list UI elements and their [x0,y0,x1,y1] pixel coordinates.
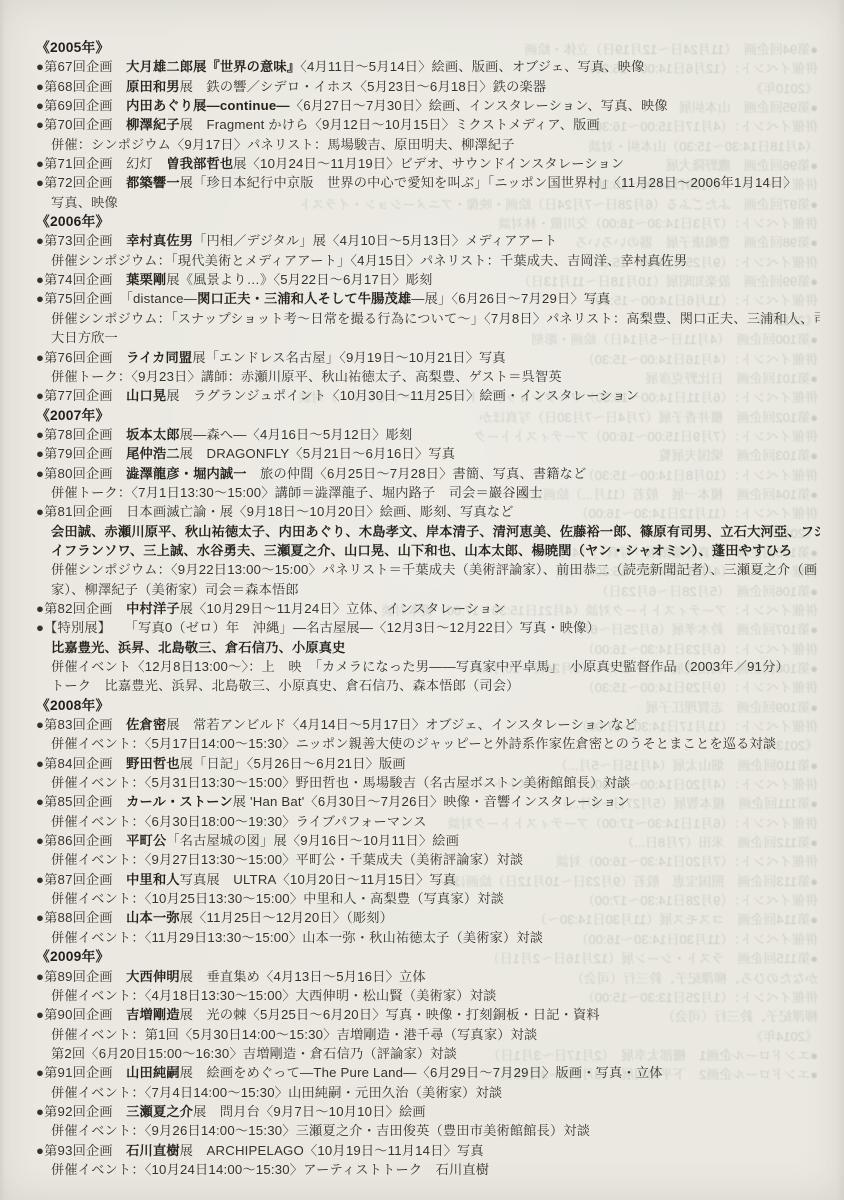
line-text: 展 Fragment かけら〈9月12日～10月15日〉ミクストメディア、版画 [180,117,600,132]
line-text: 《2007年》 [36,408,109,423]
artist-name: 尾仲浩二 [126,446,180,461]
line-text: ●第70回企画 [36,117,126,132]
line-text: ●第84回企画 [36,756,126,771]
event-line: 併催イベント：第1回〈5月30日14:00～15:30〉吉増剛造・港千尋（写真家… [36,1025,820,1044]
line-text: 併催イベント：〈5月17日14:00～15:30〉ニッポン親善大使のジャッピーと… [51,736,776,751]
exhibition-item: ●【特別展】 「写真0（ゼロ）年 沖縄」―名古屋展―〈12月3日～12月22日〉… [36,618,820,637]
exhibition-item: ●第89回企画 大西伸明展 垂直集め〈4月13日～5月16日〉立体 [36,967,820,986]
line-text: 併催イベント：〈10月24日14:00～15:30〉アーティストトーク 石川直樹 [51,1162,489,1177]
exhibition-item: ●第74回企画 葉栗剛展《風景より…》〈5月22日～6月17日〉彫刻 [36,270,820,289]
line-text: 展〈10月24日～11月19日〉ビデオ、サウンドインスタレーション [233,156,624,171]
line-text: 展 鉄の響／シデロ・イホス〈5月23日～6月18日〉鉄の楽器 [180,79,547,94]
line-text: ●第91回企画 [36,1065,126,1080]
line-text: 展 垂直集め〈4月13日～5月16日〉立体 [180,969,426,984]
line-text: 併催イベント：〈11月29日13:30～15:00〉山本一弥・秋山祐徳太子（美術… [51,930,543,945]
year-heading: 《2008年》 [36,696,820,715]
exhibition-item: ●第93回企画 石川直樹展 ARCHIPELAGO〈10月19日～11月14日〉… [36,1141,820,1160]
artist-name: 葉栗剛 [126,272,166,287]
line-text: 展〈10月29日～11月24日〉立体、インスタレーション [180,601,506,616]
exhibition-item: ●第80回企画 澁澤龍彦・堀内誠一 旅の仲間〈6月25日～7月28日〉書簡、写真… [36,464,820,483]
line-text: 家）、柳澤紀子（美術家）司会＝森本悟郎 [51,582,299,597]
year-heading: 《2007年》 [36,406,820,425]
line-text: ―展」〈6月26日～7月29日〉写真 [411,291,610,306]
exhibition-item: ●第73回企画 幸村真佐男「円相／デジタル」展〈4月10日～5月13日〉メディア… [36,231,820,250]
event-line: 併催イベント：〈4月18日13:30～15:00〉大西伸明・松山賢（美術家）対談 [36,986,820,1005]
exhibition-item: ●第72回企画 都築響一展「珍日本紀行中京版 世界の中心で愛知を叫ぶ」「ニッポン… [36,173,820,192]
line-text: 「円相／デジタル」展〈4月10日～5月13日〉メディアアート [193,233,557,248]
exhibition-item: ●第78回企画 坂本太郎展―森へ―〈4月16日～5月12日〉彫刻 [36,425,820,444]
event-line: 併催イベント：〈9月26日14:00～15:30〉三瀬夏之介・吉田俊英（豊田市美… [36,1121,820,1140]
line-text: 展 絵画をめぐって―The Pure Land―〈6月29日～7月29日〉版画・… [180,1065,663,1080]
event-line: 併催シンポジウム：〈9月22日13:00～15:00〉パネリスト＝千葉成夫（美術… [36,560,820,579]
line-text: 「名古屋城の図」展〈9月16日～10月11日〉絵画 [166,833,459,848]
continuation-line: 会田誠、赤瀬川原平、秋山祐徳太子、内田あぐり、木島孝文、岸本清子、清河恵美、佐藤… [36,522,820,541]
line-text: ●第89回企画 [36,969,126,984]
artist-name: イフランソワ、三上誠、水谷勇夫、三瀬夏之介、山口晃、山下和也、山本太郎、楊暁閏（… [51,543,792,558]
exhibition-item: ●第84回企画 野田哲也展「日記」〈5月26日～6月21日〉版画 [36,754,820,773]
line-text: ●第73回企画 [36,233,126,248]
exhibition-item: ●第83回企画 佐倉密展 常若アンビルド〈4月14日～5月17日〉オブジェ、イン… [36,715,820,734]
line-text: ●第88回企画 [36,910,126,925]
line-text: 併催イベント：第1回〈5月30日14:00～15:30〉吉増剛造・港千尋（写真家… [51,1027,537,1042]
line-text: ●第93回企画 [36,1143,126,1158]
scanned-page: ●第94回企画 （11月24日～12月19日）立体・絵画併催イベント：（12月6… [0,0,844,1200]
line-text: トーク 比嘉豊光、浜昇、北島敬三、小原真史、倉石信乃、森本悟郎（司会） [51,678,520,693]
exhibition-item: ●第90回企画 吉増剛造展 光の棘〈5月25日～6月20日〉写真・映像・打刻銅板… [36,1005,820,1024]
line-text: ●第78回企画 [36,427,126,442]
exhibition-item: ●第69回企画 内田あぐり展―continue―〈6月27日～7月30日〉絵画、… [36,96,820,115]
line-text: 併催イベント：〈5月31日13:30～15:00〉野田哲也・馬場駿吉（名古屋ボス… [51,775,630,790]
event-line: 併催イベント：〈10月25日13:30～15:00〉中里和人・高梨豊（写真家）対… [36,889,820,908]
line-text: ●第76回企画 [36,350,126,365]
exhibition-item: ●第85回企画 カール・ストーン展 'Han Bat'〈6月30日～7月26日〉… [36,792,820,811]
exhibition-item: ●第87回企画 中里和人写真展 ULTRA〈10月20日～11月15日〉写真 [36,870,820,889]
continuation-line: 家）、柳澤紀子（美術家）司会＝森本悟郎 [36,580,820,599]
event-line: 併催シンポジウム：「スナップショット考～日常を撮る行為について～」〈7月8日〉パ… [36,309,820,328]
artist-name: 関口正夫・三浦和人そして牛腸茂雄 [197,291,411,306]
line-text: ●第86回企画 [36,833,126,848]
artist-name: 中里和人 [126,872,180,887]
continuation-line: イフランソワ、三上誠、水谷勇夫、三瀬夏之介、山口晃、山下和也、山本太郎、楊暁閏（… [36,541,820,560]
line-text: 展「エンドレス名古屋」〈9月19日～10月21日〉写真 [192,350,506,365]
exhibition-item: ●第91回企画 山田純嗣展 絵画をめぐって―The Pure Land―〈6月2… [36,1063,820,1082]
line-text: ●第80回企画 [36,466,126,481]
event-line: 併催イベント：〈10月24日14:00～15:30〉アーティストトーク 石川直樹 [36,1160,820,1179]
line-text: 展 ARCHIPELAGO〈10月19日～11月14日〉写真 [180,1143,484,1158]
continuation-line: 第2回〈6月20日15:00～16:30〉吉増剛造・倉石信乃（評論家）対談 [36,1044,820,1063]
exhibition-item: ●第71回企画 幻灯 曽我部哲也展〈10月24日～11月19日〉ビデオ、サウンド… [36,154,820,173]
artist-name: 曽我部哲也 [166,156,233,171]
exhibition-item: ●第92回企画 三瀬夏之介展 問月台〈9月7日～10月10日〉絵画 [36,1102,820,1121]
line-text: 写真展 ULTRA〈10月20日～11月15日〉写真 [180,872,457,887]
event-line: 併催：シンポジウム〈9月17日〉パネリスト：馬場駿吉、原田明夫、柳澤紀子 [36,135,820,154]
line-text: 併催イベント：〈4月18日13:30～15:00〉大西伸明・松山賢（美術家）対談 [51,988,496,1003]
exhibition-item: ●第82回企画 中村洋子展〈10月29日～11月24日〉立体、インスタレーション [36,599,820,618]
line-text: 展 DRAGONFLY〈5月21日～6月16日〉写真 [180,446,455,461]
event-line: 併催イベント：〈9月27日13:30～15:00〉平町公・千葉成夫（美術評論家）… [36,850,820,869]
artist-name: ライカ同盟 [126,350,192,365]
line-text: 展―森へ―〈4月16日～5月12日〉彫刻 [180,427,413,442]
exhibition-item: ●第77回企画 山口晃展 ラグランジュポイント〈10月30日～11月25日〉絵画… [36,386,820,405]
line-text: 展〈11月25日～12月20日〉（彫刻） [180,910,393,925]
line-text: ●第67回企画 [36,59,126,74]
artist-name: 山田純嗣 [126,1065,180,1080]
event-line: 併催イベント〈12月8日13:00～〉：上 映 「カメラになった男――写真家中平… [36,657,820,676]
line-text: 併催シンポジウム：「現代美術とメディアアート」〈4月15日〉パネリスト：千葉成夫… [51,253,687,268]
continuation-line: 比嘉豊光、浜昇、北島敬三、倉石信乃、小原真史 [36,638,820,657]
line-text: 展「珍日本紀行中京版 世界の中心で愛知を叫ぶ」「ニッポン国世界村」〈11月28日… [180,175,797,190]
event-line: 併催イベント：〈5月17日14:00～15:30〉ニッポン親善大使のジャッピーと… [36,734,820,753]
line-text: 〈4月11日～5月14日〉絵画、版画、オブジェ、写真、映像 [300,59,644,74]
line-text: ●第72回企画 [36,175,126,190]
artist-name: 野田哲也 [126,756,180,771]
line-text: ●第87回企画 [36,872,126,887]
line-text: ●第69回企画 [36,98,126,113]
event-line: 併催イベント：〈11月29日13:30～15:00〉山本一弥・秋山祐徳太子（美術… [36,928,820,947]
line-text: 展 常若アンビルド〈4月14日～5月17日〉オブジェ、インスタレーションなど [166,717,637,732]
line-text: 写真、映像 [51,195,118,210]
artist-name: 石川直樹 [126,1143,180,1158]
event-line: 併催イベント：〈6月30日18:00～19:30〉ライブパフォーマンス [36,812,820,831]
line-text: ●第85回企画 [36,794,126,809]
artist-name: 内田あぐり展―continue― [126,98,290,113]
line-text: ●第71回企画 幻灯 [36,156,166,171]
line-text: ●【特別展】 「写真0（ゼロ）年 沖縄」―名古屋展―〈12月3日～12月22日〉… [36,620,600,635]
line-text: ●第83回企画 [36,717,126,732]
line-text: 併催：シンポジウム〈9月17日〉パネリスト：馬場駿吉、原田明夫、柳澤紀子 [51,137,515,152]
line-text: ●第75回企画 「distance― [36,291,197,306]
artist-name: 大月雄二郎展『世界の意味』 [126,59,300,74]
line-text: ●第90回企画 [36,1007,126,1022]
event-line: 併催イベント：〈5月31日13:30～15:00〉野田哲也・馬場駿吉（名古屋ボス… [36,773,820,792]
event-line: 併催シンポジウム：「現代美術とメディアアート」〈4月15日〉パネリスト：千葉成夫… [36,251,820,270]
line-text: 展「日記」〈5月26日～6月21日〉版画 [180,756,406,771]
artist-name: 坂本太郎 [126,427,180,442]
line-text: ●第82回企画 [36,601,126,616]
artist-name: 大西伸明 [126,969,180,984]
artist-name: 澁澤龍彦・堀内誠一 [126,466,247,481]
artist-name: カール・ストーン [126,794,233,809]
line-text: 併催シンポジウム：「スナップショット考～日常を撮る行為について～」〈7月8日〉パ… [51,311,820,326]
exhibition-item: ●第79回企画 尾仲浩二展 DRAGONFLY〈5月21日～6月16日〉写真 [36,444,820,463]
line-text: 展《風景より…》〈5月22日～6月17日〉彫刻 [166,272,432,287]
artist-name: 三瀬夏之介 [126,1104,193,1119]
line-text: 展 ラグランジュポイント〈10月30日～11月25日〉絵画・インスタレーション [166,388,639,403]
exhibition-list: 《2005年》●第67回企画 大月雄二郎展『世界の意味』〈4月11日～5月14日… [36,38,820,1179]
artist-name: 佐倉密 [126,717,166,732]
continuation-line: 大日方欣一 [36,328,820,347]
exhibition-item: ●第67回企画 大月雄二郎展『世界の意味』〈4月11日～5月14日〉絵画、版画、… [36,57,820,76]
line-text: 《2005年》 [36,40,109,55]
event-line: 併催イベント：〈7月4日14:00～15:30〉山田純嗣・元田久治（美術家）対談 [36,1083,820,1102]
exhibition-item: ●第70回企画 柳澤紀子展 Fragment かけら〈9月12日～10月15日〉… [36,115,820,134]
line-text: 展 問月台〈9月7日～10月10日〉絵画 [193,1104,426,1119]
event-line: 併催トーク：〈7月1日13:30～15:00〉講師＝澁澤龍子、堀内路子 司会＝巖… [36,483,820,502]
line-text: 《2009年》 [36,949,109,964]
line-text: 《2006年》 [36,214,109,229]
artist-name: 山口晃 [126,388,166,403]
line-text: 併催トーク：〈7月1日13:30～15:00〉講師＝澁澤龍子、堀内路子 司会＝巖… [51,485,542,500]
continuation-line: 写真、映像 [36,193,820,212]
line-text: 併催イベント〈12月8日13:00～〉：上 映 「カメラになった男――写真家中平… [51,659,789,674]
artist-name: 山本一弥 [126,910,180,925]
exhibition-item: ●第86回企画 平町公「名古屋城の図」展〈9月16日～10月11日〉絵画 [36,831,820,850]
line-text: 併催イベント：〈6月30日18:00～19:30〉ライブパフォーマンス [51,814,427,829]
line-text: 併催イベント：〈10月25日13:30～15:00〉中里和人・高梨豊（写真家）対… [51,891,504,906]
artist-name: 平町公 [126,833,166,848]
line-text: ●第77回企画 [36,388,126,403]
artist-name: 中村洋子 [126,601,180,616]
year-heading: 《2006年》 [36,212,820,231]
line-text: 旅の仲間〈6月25日～7月28日〉書簡、写真、書籍など [247,466,587,481]
artist-name: 幸村真佐男 [126,233,193,248]
line-text: ●第92回企画 [36,1104,126,1119]
artist-name: 吉増剛造 [126,1007,180,1022]
year-heading: 《2009年》 [36,947,820,966]
line-text: 併催シンポジウム：〈9月22日13:00～15:00〉パネリスト＝千葉成夫（美術… [51,562,817,577]
line-text: ●第79回企画 [36,446,126,461]
continuation-line: トーク 比嘉豊光、浜昇、北島敬三、小原真史、倉石信乃、森本悟郎（司会） [36,676,820,695]
line-text: ●第81回企画 日本画滅亡論・展〈9月18日～10月20日〉絵画、彫刻、写真など [36,504,514,519]
exhibition-item: ●第81回企画 日本画滅亡論・展〈9月18日～10月20日〉絵画、彫刻、写真など [36,502,820,521]
event-line: 併催トーク：〈9月23日〉講師：赤瀬川原平、秋山祐徳太子、高梨豊、ゲスト＝呉智英 [36,367,820,386]
line-text: 〈6月27日～7月30日〉絵画、インスタレーション、写真、映像 [290,98,668,113]
line-text: 併催トーク：〈9月23日〉講師：赤瀬川原平、秋山祐徳太子、高梨豊、ゲスト＝呉智英 [51,369,562,384]
exhibition-item: ●第76回企画 ライカ同盟展「エンドレス名古屋」〈9月19日～10月21日〉写真 [36,348,820,367]
line-text: 《2008年》 [36,698,109,713]
line-text: 第2回〈6月20日15:00～16:30〉吉増剛造・倉石信乃（評論家）対談 [51,1046,457,1061]
exhibition-item: ●第75回企画 「distance―関口正夫・三浦和人そして牛腸茂雄―展」〈6月… [36,289,820,308]
line-text: 併催イベント：〈9月26日14:00～15:30〉三瀬夏之介・吉田俊英（豊田市美… [51,1123,590,1138]
line-text: 展 'Han Bat'〈6月30日～7月26日〉映像・音響インスタレーション [233,794,630,809]
line-text: ●第68回企画 [36,79,126,94]
exhibition-item: ●第88回企画 山本一弥展〈11月25日～12月20日〉（彫刻） [36,908,820,927]
artist-name: 比嘉豊光、浜昇、北島敬三、倉石信乃、小原真史 [51,640,346,655]
artist-name: 原田和男 [126,79,180,94]
line-text: 大日方欣一 [51,330,118,345]
exhibition-item: ●第68回企画 原田和男展 鉄の響／シデロ・イホス〈5月23日～6月18日〉鉄の… [36,77,820,96]
line-text: 併催イベント：〈7月4日14:00～15:30〉山田純嗣・元田久治（美術家）対談 [51,1085,502,1100]
year-heading: 《2005年》 [36,38,820,57]
line-text: 併催イベント：〈9月27日13:30～15:00〉平町公・千葉成夫（美術評論家）… [51,852,523,867]
artist-name: 都築響一 [126,175,180,190]
line-text: 展 光の棘〈5月25日～6月20日〉写真・映像・打刻銅板・日記・資料 [180,1007,600,1022]
artist-name: 会田誠、赤瀬川原平、秋山祐徳太子、内田あぐり、木島孝文、岸本清子、清河恵美、佐藤… [51,524,820,539]
artist-name: 柳澤紀子 [126,117,180,132]
line-text: ●第74回企画 [36,272,126,287]
